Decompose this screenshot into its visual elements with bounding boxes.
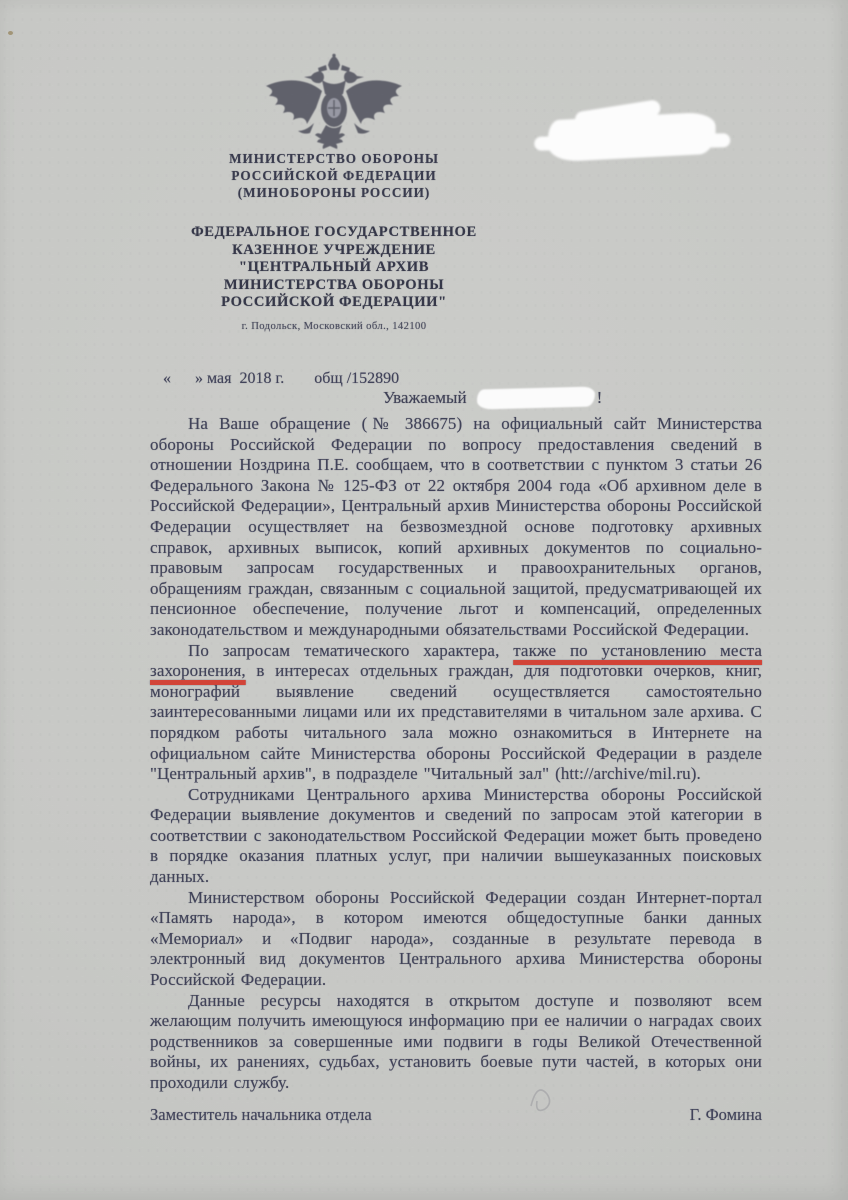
p2-text-before: По запросам тематического характера, — [188, 641, 513, 660]
paragraph-5: Данные ресурсы находятся в открытом дост… — [150, 991, 762, 1094]
reference-line: « » мая 2018 г.общ /152890 — [147, 352, 399, 406]
letterhead-address: г. Подольск, Московский обл., 142100 — [132, 321, 536, 332]
redaction-mark-top-right — [547, 112, 717, 163]
institution-line: КАЗЕННОЕ УЧРЕЖДЕНИЕ — [132, 242, 536, 260]
signature-row: Заместитель начальника отдела Г. Фомина — [150, 1105, 762, 1125]
paragraph-3: Сотрудниками Центрального архива Министе… — [150, 785, 762, 888]
ministry-line: МИНИСТЕРСТВО ОБОРОНЫ — [140, 150, 528, 167]
signer-title: Заместитель начальника отдела — [150, 1105, 372, 1125]
paragraph-4: Министерством обороны Российской Федерац… — [150, 888, 762, 991]
letterhead-ministry: МИНИСТЕРСТВО ОБОРОНЫ РОССИЙСКОЙ ФЕДЕРАЦИ… — [140, 150, 528, 201]
redaction-mark-addressee — [476, 386, 594, 409]
ministry-line: (МИНОБОРОНЫ РОССИИ) — [140, 184, 528, 201]
paragraph-2: По запросам тематического характера, так… — [150, 641, 762, 785]
salutation: Уважаемый ! — [383, 388, 602, 408]
institution-line: МИНИСТЕРСТВА ОБОРОНЫ — [132, 277, 536, 295]
signer-name: Г. Фомина — [690, 1105, 762, 1125]
paper-speck — [8, 31, 13, 35]
salutation-suffix: ! — [597, 388, 603, 408]
scanned-letter-page: МИНИСТЕРСТВО ОБОРОНЫ РОССИЙСКОЙ ФЕДЕРАЦИ… — [0, 0, 848, 1200]
ministry-line: РОССИЙСКОЙ ФЕДЕРАЦИИ — [140, 167, 528, 184]
date-blank: « » мая 2018 г. — [163, 370, 284, 387]
institution-line: ФЕДЕРАЛЬНОЕ ГОСУДАРСТВЕННОЕ — [132, 224, 536, 242]
paragraph-1: На Ваше обращение (№ 386675) на официаль… — [150, 414, 762, 641]
institution-line: "ЦЕНТРАЛЬНЫЙ АРХИВ — [132, 259, 536, 277]
outgoing-number: общ /152890 — [314, 370, 399, 387]
institution-line: РОССИЙСКОЙ ФЕДЕРАЦИИ" — [132, 294, 536, 312]
salutation-prefix: Уважаемый — [383, 388, 467, 408]
letterhead-institution: ФЕДЕРАЛЬНОЕ ГОСУДАРСТВЕННОЕ КАЗЕННОЕ УЧР… — [132, 224, 536, 312]
letter-body: На Ваше обращение (№ 386675) на официаль… — [150, 414, 762, 1094]
